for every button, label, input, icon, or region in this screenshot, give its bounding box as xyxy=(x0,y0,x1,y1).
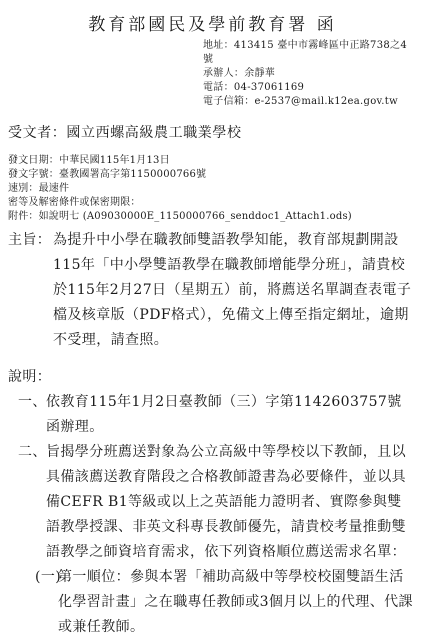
sender-phone: 電話：04-37061169 xyxy=(203,81,415,95)
issue-date-line: 發文日期：中華民國115年1月13日 xyxy=(8,154,425,168)
sender-address: 地址：413415 臺中市霧峰區中正路738之4號 xyxy=(203,39,415,67)
sender-email: 電子信箱：e-2537@mail.k12ea.gov.tw xyxy=(203,95,415,109)
explanation-subitem-1: (一) 第一順位：參與本署「補助高級中等學校校園雙語生活化學習計畫」之在職專任教… xyxy=(35,565,417,638)
classification-line: 密等及解密條件或保密期限： xyxy=(8,196,425,210)
explanation-subitem-1-text: 第一順位：參與本署「補助高級中等學校校園雙語生活化學習計畫」之在職專任教師或3個… xyxy=(58,565,417,638)
sender-contact-person: 承辦人：余靜華 xyxy=(203,67,415,81)
subject-label: 主旨： xyxy=(8,228,53,353)
attachment-line: 附件：如說明七 (A09030000E_1150000766_senddoc1_… xyxy=(8,210,425,224)
explanation-section: 說明： 一、 依教育115年1月2日臺教師（三）字第1142603757號函辦理… xyxy=(0,365,425,638)
explanation-item-2-text: 旨揭學分班薦送對象為公立高級中等學校以下教師，且以具備該薦送教育階段之合格教師證… xyxy=(46,440,415,565)
document-meta-block: 發文日期：中華民國115年1月13日 發文字號：臺教國署高字第115000076… xyxy=(8,154,425,224)
explanation-item-1-text: 依教育115年1月2日臺教師（三）字第1142603757號函辦理。 xyxy=(46,390,415,440)
subject-text: 為提升中小學在職教師雙語教學知能，教育部規劃開設115年「中小學雙語教學在職教師… xyxy=(53,228,412,353)
explanation-item-2: 二、 旨揭學分班薦送對象為公立高級中等學校以下教師，且以具備該薦送教育階段之合格… xyxy=(18,440,415,565)
official-letter-document: 教育部國民及學前教育署 函 地址：413415 臺中市霧峰區中正路738之4號 … xyxy=(0,0,425,638)
explanation-item-1: 一、 依教育115年1月2日臺教師（三）字第1142603757號函辦理。 xyxy=(18,390,415,440)
sender-contact-block: 地址：413415 臺中市霧峰區中正路738之4號 承辦人：余靜華 電話：04-… xyxy=(203,39,415,109)
reference-number-line: 發文字號：臺教國署高字第1150000766號 xyxy=(8,168,425,182)
priority-line: 速別：最速件 xyxy=(8,182,425,196)
explanation-heading: 說明： xyxy=(8,365,425,390)
explanation-item-2-label: 二、 xyxy=(18,440,46,565)
explanation-item-1-label: 一、 xyxy=(18,390,46,440)
recipient-line: 受文者：國立西螺高級農工職業學校 xyxy=(8,122,425,142)
document-title: 教育部國民及學前教育署 函 xyxy=(0,10,425,35)
explanation-subitem-1-label: (一) xyxy=(35,565,58,638)
subject-paragraph: 主旨： 為提升中小學在職教師雙語教學知能，教育部規劃開設115年「中小學雙語教學… xyxy=(8,228,412,353)
